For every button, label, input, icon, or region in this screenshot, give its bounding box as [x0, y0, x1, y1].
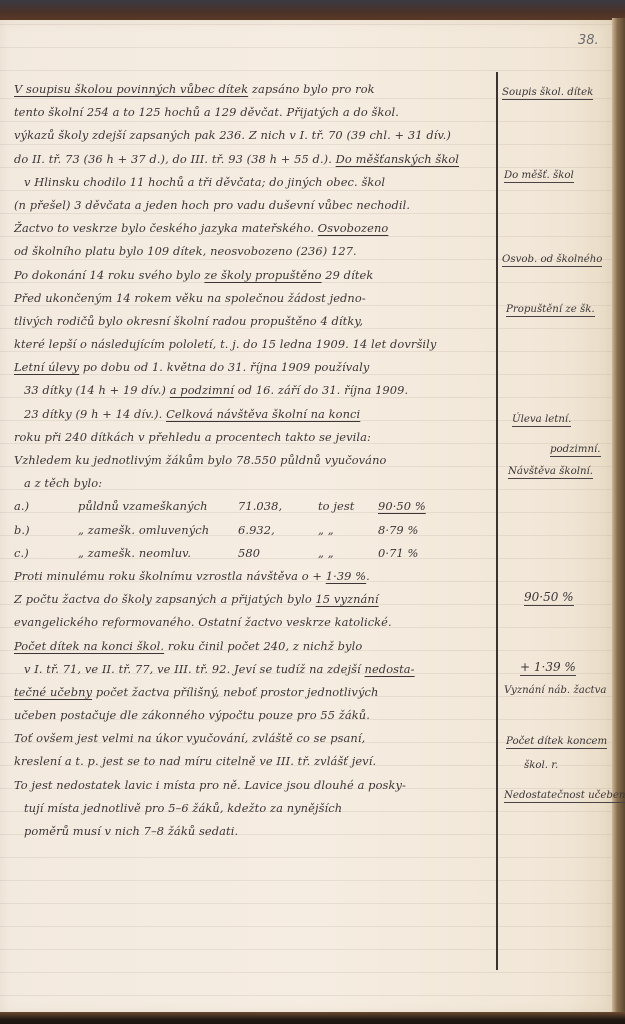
text-run: Žactvo to veskrze bylo českého jazyka ma… — [14, 221, 318, 235]
text-run: evangelického reformovaného. Ostatní žac… — [14, 615, 392, 629]
text-line: Před ukončeným 14 rokem věku na společno… — [14, 287, 492, 310]
text-line: Proti minulému roku školnímu vzrostla ná… — [14, 565, 492, 588]
text-line: Počet dítek na konci škol. roku činil po… — [14, 635, 492, 658]
attendance-row: a.)půldnů vzameškaných71.038,to jest90·5… — [14, 495, 492, 518]
attendance-label: c.) — [14, 542, 78, 565]
margin-note-fee-exemption: Osvob. od školného — [502, 254, 602, 267]
text-run: tlivých rodičů bylo okresní školní radou… — [14, 314, 363, 328]
text-run: které lepší o následujícím pololetí, t. … — [14, 337, 436, 351]
text-line: 33 dítky (14 h + 19 dív.) a podzimní od … — [14, 379, 492, 402]
text-line: evangelického reformovaného. Ostatní žac… — [14, 611, 492, 634]
attendance-count: 580 — [238, 542, 318, 565]
text-run: po dobu od 1. května do 31. října 1909 p… — [79, 360, 369, 374]
text-line: Toť ovšem jest velmi na úkor vyučování, … — [14, 727, 492, 750]
text-run: tují místa jednotlivě pro 5–6 žáků, kdež… — [24, 801, 342, 815]
text-line: Žactvo to veskrze bylo českého jazyka ma… — [14, 217, 492, 240]
underlined-heading: 1·39 % — [326, 569, 366, 583]
margin-note-autumn-relief: podzimní. — [550, 444, 601, 457]
text-run: učeben postačuje dle zákonného výpočtu p… — [14, 708, 370, 722]
text-line: v Hlinsku chodilo 11 hochů a tři děvčata… — [14, 171, 492, 194]
book-top-edge — [0, 0, 625, 22]
text-run: a z těch bylo: — [24, 476, 102, 490]
text-run: roku při 240 dítkách v přehledu a procen… — [14, 430, 371, 444]
attendance-desc: „ zamešk. omluvených — [78, 519, 238, 542]
text-line: výkazů školy zdejší zapsaných pak 236. Z… — [14, 124, 492, 147]
book-right-edge — [612, 18, 625, 1016]
margin-note-religion: Vyznání náb. žactva — [504, 685, 606, 697]
attendance-ditto: „ „ — [318, 519, 378, 542]
paragraph-block-2: Proti minulému roku školnímu vzrostla ná… — [14, 565, 492, 843]
underlined-heading: Letní úlevy — [14, 360, 79, 374]
text-line: roku při 240 dítkách v přehledu a procen… — [14, 426, 492, 449]
text-line: od školního platu bylo 109 dítek, neosvo… — [14, 240, 492, 263]
margin-note-attendance-pct: 90·50 % — [524, 590, 574, 606]
underlined-heading: a podzimní — [170, 383, 234, 397]
attendance-row: b.)„ zamešk. omluvených6.932,„ „8·79 % — [14, 519, 492, 542]
text-run: výkazů školy zdejší zapsaných pak 236. Z… — [14, 128, 451, 142]
text-line: do II. tř. 73 (36 h + 37 d.), do III. tř… — [14, 148, 492, 171]
text-run: v Hlinsku chodilo 11 hochů a tři děvčata… — [24, 175, 385, 189]
text-run: Toť ovšem jest velmi na úkor vyučování, … — [14, 731, 365, 745]
text-run: . — [366, 569, 370, 583]
text-line: Z počtu žactva do školy zapsaných a přij… — [14, 588, 492, 611]
underlined-heading: Do měšťanských škol — [336, 152, 459, 166]
attendance-pct: 8·79 % — [378, 519, 458, 542]
text-line: tečné učebny počet žactva přílišný, nebo… — [14, 681, 492, 704]
text-run: do II. tř. 73 (36 h + 37 d.), do III. tř… — [14, 152, 336, 166]
book-bottom-edge — [0, 1012, 625, 1024]
underlined-heading: Osvobozeno — [318, 221, 389, 235]
attendance-count: 6.932, — [238, 519, 318, 542]
attendance-count: 71.038, — [238, 495, 318, 518]
text-run: Vzhledem ku jednotlivým žákům bylo 78.55… — [14, 453, 386, 467]
text-line: tlivých rodičů bylo okresní školní radou… — [14, 310, 492, 333]
text-line: To jest nedostatek lavic i místa pro ně.… — [14, 774, 492, 797]
underlined-heading: V soupisu školou povinných vůbec dítek — [14, 82, 248, 96]
text-run: zapsáno bylo pro rok — [248, 82, 375, 96]
text-run: od 16. září do 31. října 1909. — [234, 383, 408, 397]
text-line: v I. tř. 71, ve II. tř. 77, ve III. tř. … — [14, 658, 492, 681]
margin-note-enrolment: Soupis škol. dítek — [502, 87, 593, 100]
attendance-label: b.) — [14, 519, 78, 542]
text-line: tují místa jednotlivě pro 5–6 žáků, kdež… — [14, 797, 492, 820]
text-run: od školního platu bylo 109 dítek, neosvo… — [14, 244, 357, 258]
page-number: 38. — [578, 33, 599, 48]
margin-rule — [496, 72, 498, 970]
text-line: (n přešel) 3 děvčata a jeden hoch pro va… — [14, 194, 492, 217]
text-run: kreslení a t. p. jest se to nad míru cit… — [14, 754, 376, 768]
text-run: roku činil počet 240, z nichž bylo — [164, 639, 362, 653]
attendance-ditto: to jest — [318, 495, 378, 518]
text-line: tento školní 254 a to 125 hochů a 129 dě… — [14, 101, 492, 124]
text-line: Vzhledem ku jednotlivým žákům bylo 78.55… — [14, 449, 492, 472]
text-run: Proti minulému roku školnímu vzrostla ná… — [14, 569, 326, 583]
attendance-row: c.)„ zamešk. neomluv.580„ „0·71 % — [14, 542, 492, 565]
underlined-heading: Celková návštěva školní na konci — [166, 407, 360, 421]
text-line: kreslení a t. p. jest se to nad míru cit… — [14, 750, 492, 773]
text-run: 33 dítky (14 h + 19 dív.) — [24, 383, 170, 397]
underlined-heading: ze školy propuštěno — [204, 268, 321, 282]
underlined-heading: Počet dítek na konci škol. — [14, 639, 164, 653]
text-run: 23 dítky (9 h + 14 dív.). — [24, 407, 166, 421]
text-line: 23 dítky (9 h + 14 dív.). Celková návště… — [14, 403, 492, 426]
text-run: Před ukončeným 14 rokem věku na společno… — [14, 291, 366, 305]
margin-note-increase-pct: + 1·39 % — [520, 660, 576, 676]
text-line: učeben postačuje dle zákonného výpočtu p… — [14, 704, 492, 727]
text-line: které lepší o následujícím pololetí, t. … — [14, 333, 492, 356]
margin-note-count-end: Počet dítek koncem — [506, 736, 607, 749]
underlined-heading: nedosta- — [365, 662, 415, 676]
attendance-pct: 0·71 % — [378, 542, 458, 565]
attendance-label: a.) — [14, 495, 78, 518]
margin-note-insufficient-rooms: Nedostatečnost učeben — [504, 790, 625, 803]
text-line: Po dokonání 14 roku svého bylo ze školy … — [14, 264, 492, 287]
margin-note-summer-relief: Úleva letní. — [512, 414, 571, 427]
chronicle-body: V soupisu školou povinných vůbec dítek z… — [14, 78, 492, 843]
attendance-ditto: „ „ — [318, 542, 378, 565]
text-run: Z počtu žactva do školy zapsaných a přij… — [14, 592, 316, 606]
text-line: poměrů musí v nich 7–8 žáků sedati. — [14, 820, 492, 843]
text-line: a z těch bylo: — [14, 472, 492, 495]
text-run: To jest nedostatek lavic i místa pro ně.… — [14, 778, 406, 792]
attendance-pct: 90·50 % — [378, 495, 458, 518]
text-line: Letní úlevy po dobu od 1. května do 31. … — [14, 356, 492, 379]
underlined-heading: tečné učebny — [14, 685, 92, 699]
text-run: Po dokonání 14 roku svého bylo — [14, 268, 204, 282]
attendance-desc: „ zamešk. neomluv. — [78, 542, 238, 565]
text-run: v I. tř. 71, ve II. tř. 77, ve III. tř. … — [24, 662, 365, 676]
text-run: počet žactva přílišný, neboť prostor jed… — [92, 685, 378, 699]
margin-note-attendance: Návštěva školní. — [508, 466, 593, 479]
paragraph-block-1: V soupisu školou povinných vůbec dítek z… — [14, 78, 492, 495]
text-run: 29 dítek — [322, 268, 374, 282]
margin-note-school-year: škol. r. — [524, 760, 558, 772]
margin-note-burgher-schools: Do měšť. škol — [504, 170, 574, 183]
text-run: tento školní 254 a to 125 hochů a 129 dě… — [14, 105, 399, 119]
text-run: poměrů musí v nich 7–8 žáků sedati. — [24, 824, 238, 838]
margin-note-dismissed: Propuštění ze šk. — [506, 304, 595, 317]
underlined-heading: 15 vyznání — [316, 592, 379, 606]
attendance-desc: půldnů vzameškaných — [78, 495, 238, 518]
text-line: V soupisu školou povinných vůbec dítek z… — [14, 78, 492, 101]
attendance-table: a.)půldnů vzameškaných71.038,to jest90·5… — [14, 495, 492, 565]
text-run: (n přešel) 3 děvčata a jeden hoch pro va… — [14, 198, 410, 212]
